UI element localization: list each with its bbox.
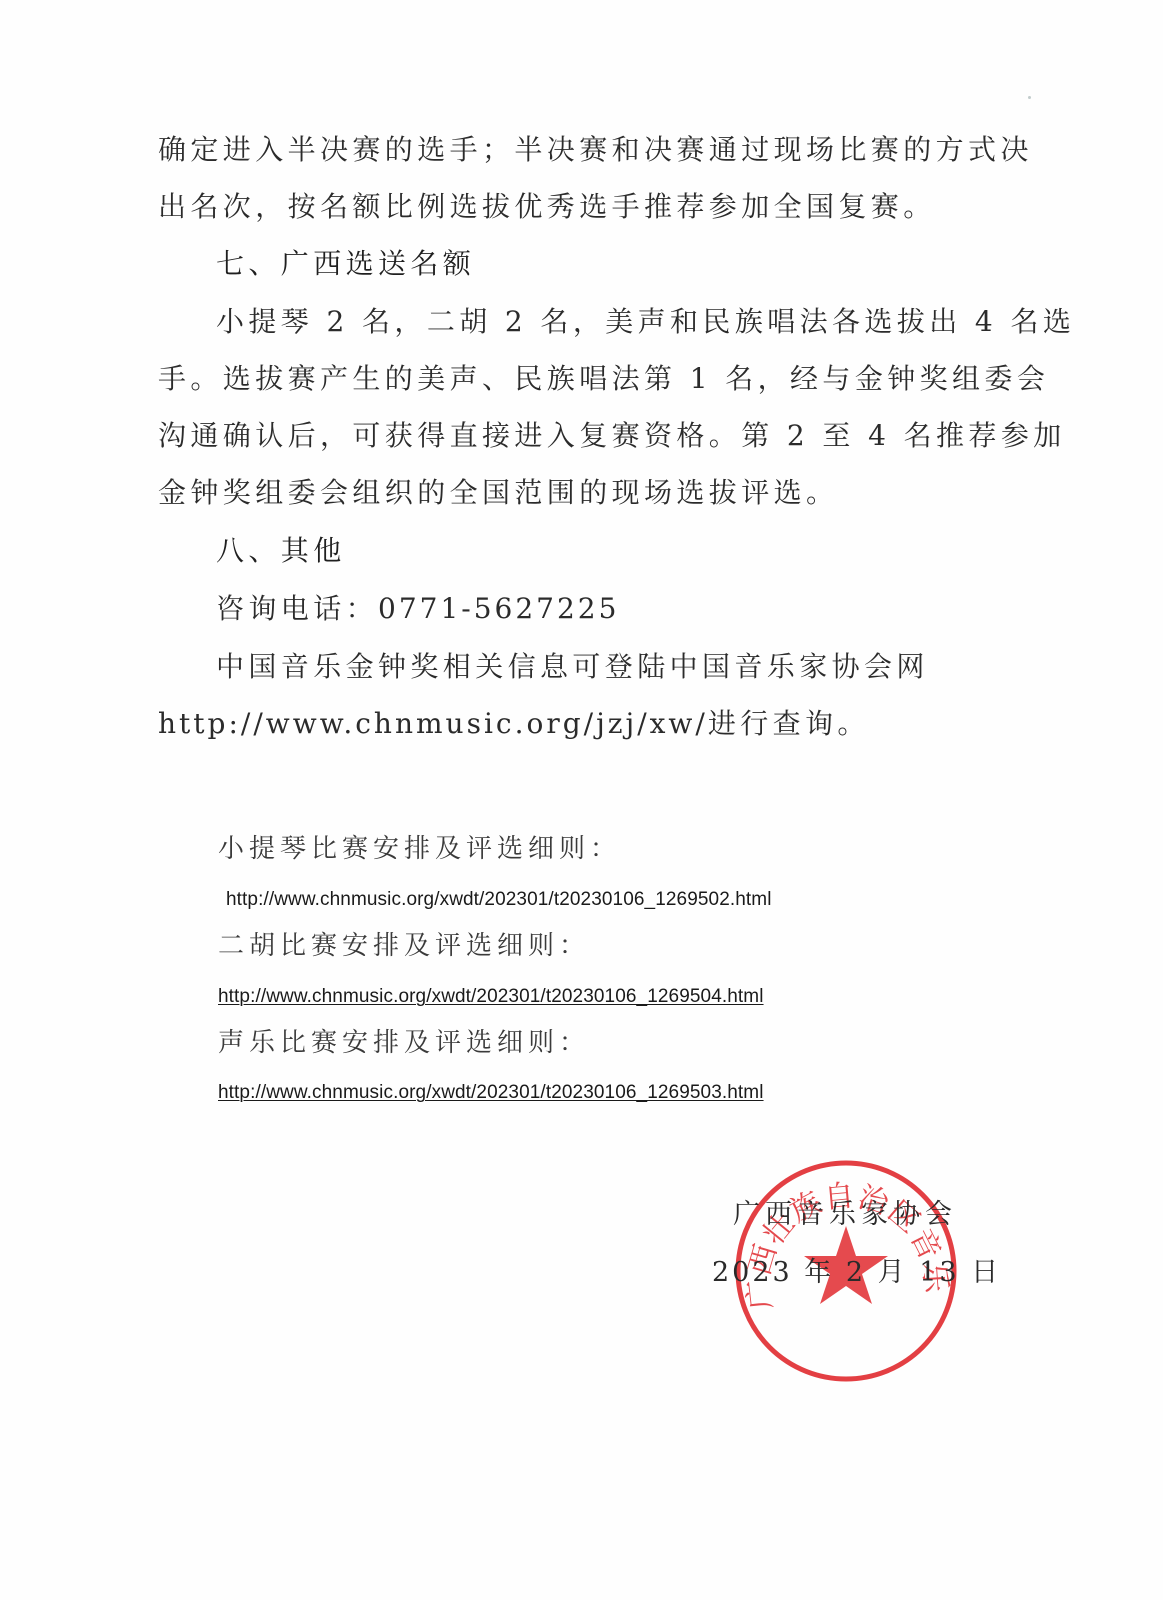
section-8-heading: 八、其他 [216,533,996,569]
section-7-line-2: 手。选拔赛产生的美声、民族唱法第 1 名，经与金钟奖组委会 [158,361,938,397]
scan-speck [1028,96,1031,99]
vocal-rules-link[interactable]: http://www.chnmusic.org/xwdt/202301/t202… [218,1081,764,1105]
signature-organization: 广西音乐家协会 [733,1198,957,1232]
info-line-2: http://www.chnmusic.org/jzj/xw/进行查询。 [158,706,938,742]
paragraph-continuation-line-1: 确定进入半决赛的选手；半决赛和决赛通过现场比赛的方式决 [158,132,938,168]
section-7-line-1: 小提琴 2 名，二胡 2 名，美声和民族唱法各选拔出 4 名选 [216,304,996,340]
phone-label: 咨询电话： [216,592,378,625]
section-7-heading: 七、广西选送名额 [216,246,996,282]
signature-date: 2023 年 2 月 13 日 [712,1256,1001,1290]
violin-rules-label: 小提琴比赛安排及评选细则： [218,832,621,866]
vocal-rules-label: 声乐比赛安排及评选细则： [218,1026,590,1060]
contact-phone-line: 咨询电话：0771-5627225 [216,591,996,627]
document-page: 确定进入半决赛的选手；半决赛和决赛通过现场比赛的方式决 出名次，按名额比例选拔优… [0,0,1163,1600]
paragraph-continuation-line-2: 出名次，按名额比例选拔优秀选手推荐参加全国复赛。 [158,189,938,225]
erhu-rules-link[interactable]: http://www.chnmusic.org/xwdt/202301/t202… [218,985,764,1009]
section-7-line-4: 金钟奖组委会组织的全国范围的现场选拔评选。 [158,475,938,511]
info-line-1: 中国音乐金钟奖相关信息可登陆中国音乐家协会网 [216,649,996,685]
violin-rules-link[interactable]: http://www.chnmusic.org/xwdt/202301/t202… [226,888,772,912]
info-line-2-suffix: 进行查询。 [708,707,870,740]
erhu-rules-label: 二胡比赛安排及评选细则： [218,929,590,963]
info-url-link[interactable]: http://www.chnmusic.org/jzj/xw/ [158,707,708,740]
section-7-line-3: 沟通确认后，可获得直接进入复赛资格。第 2 至 4 名推荐参加 [158,418,938,454]
phone-number: 0771-5627225 [378,592,619,625]
